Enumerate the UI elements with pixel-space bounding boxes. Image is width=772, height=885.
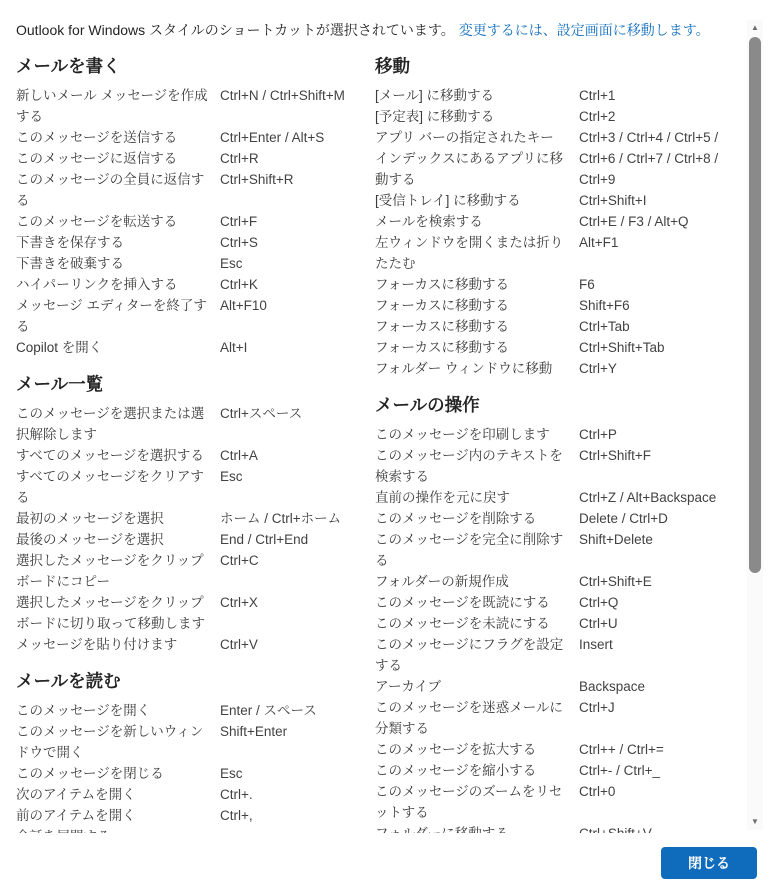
shortcut-row: このメッセージを印刷しますCtrl+P: [375, 424, 751, 445]
shortcut-row: すべてのメッセージを選択するCtrl+A: [16, 445, 365, 466]
shortcut-row: 最後のメッセージを選択End / Ctrl+End: [16, 529, 365, 550]
shortcuts-column-right: 移動[メール] に移動するCtrl+1[予定表] に移動するCtrl+2アプリ …: [375, 40, 751, 833]
shortcut-row: メッセージを貼り付けますCtrl+V: [16, 634, 365, 655]
shortcut-row: フォーカスに移動するShift+F6: [375, 295, 751, 316]
shortcut-keys: Shift+Enter: [220, 721, 365, 742]
shortcut-row: すべてのメッセージをクリアするEsc: [16, 466, 365, 508]
shortcut-description: すべてのメッセージをクリアする: [16, 466, 220, 508]
shortcut-keys: Ctrl+Enter / Alt+S: [220, 127, 365, 148]
section-title: メール一覧: [16, 372, 365, 396]
shortcut-description: このメッセージを縮小する: [375, 760, 579, 781]
shortcut-keys: Ctrl+U: [579, 613, 751, 634]
shortcut-row: このメッセージを選択または選択解除しますCtrl+スペース: [16, 403, 365, 445]
shortcut-keys: Ctrl++ / Ctrl+=: [579, 739, 751, 760]
shortcut-row: 次のアイテムを開くCtrl+.: [16, 784, 365, 805]
shortcut-row: このメッセージを開くEnter / スペース: [16, 700, 365, 721]
shortcut-row: このメッセージのズームをリセットするCtrl+0: [375, 781, 751, 823]
shortcut-keys: Ctrl+Shift+I: [579, 190, 751, 211]
shortcut-keys: Alt+F1: [579, 232, 751, 253]
shortcut-keys: F6: [579, 274, 751, 295]
shortcut-description: すべてのメッセージを選択する: [16, 445, 220, 466]
shortcut-keys: Ctrl+Shift+Tab: [579, 337, 751, 358]
shortcuts-scroll-area: Outlook for Windows スタイルのショートカットが選択されていま…: [0, 0, 772, 833]
shortcut-description: このメッセージを閉じる: [16, 763, 220, 784]
shortcut-keys: Ctrl+R: [220, 148, 365, 169]
shortcut-row: フォーカスに移動するCtrl+Tab: [375, 316, 751, 337]
shortcut-description: このメッセージを既読にする: [375, 592, 579, 613]
shortcut-row: アプリ バーの指定されたキー インデックスにあるアプリに移動するCtrl+3 /…: [375, 127, 751, 190]
shortcut-description: 直前の操作を元に戻す: [375, 487, 579, 508]
shortcut-keys: Backspace: [579, 676, 751, 697]
shortcut-row: 下書きを保存するCtrl+S: [16, 232, 365, 253]
shortcut-description: フォーカスに移動する: [375, 316, 579, 337]
shortcut-description: フォルダーの新規作成: [375, 571, 579, 592]
shortcut-description: [受信トレイ] に移動する: [375, 190, 579, 211]
shortcut-row: 前のアイテムを開くCtrl+,: [16, 805, 365, 826]
shortcut-keys: Ctrl+C: [220, 550, 365, 571]
shortcut-description: 会話を展開する: [16, 826, 220, 833]
shortcut-columns: メールを書く新しいメール メッセージを作成するCtrl+N / Ctrl+Shi…: [16, 40, 772, 833]
shortcut-description: ハイパーリンクを挿入する: [16, 274, 220, 295]
shortcut-row: 最初のメッセージを選択ホーム / Ctrl+ホーム: [16, 508, 365, 529]
shortcut-description: [予定表] に移動する: [375, 106, 579, 127]
shortcut-keys: →: [220, 826, 365, 833]
shortcut-row: アーカイブBackspace: [375, 676, 751, 697]
shortcut-row: フォルダー ウィンドウに移動Ctrl+Y: [375, 358, 751, 379]
shortcut-keys: Ctrl+- / Ctrl+_: [579, 760, 751, 781]
shortcut-keys: Insert: [579, 634, 751, 655]
shortcut-row: このメッセージ内のテキストを検索するCtrl+Shift+F: [375, 445, 751, 487]
shortcut-keys: Ctrl+1: [579, 85, 751, 106]
shortcut-description: 下書きを保存する: [16, 232, 220, 253]
shortcut-keys: ホーム / Ctrl+ホーム: [220, 508, 365, 529]
shortcut-keys: Delete / Ctrl+D: [579, 508, 751, 529]
shortcut-description: このメッセージ内のテキストを検索する: [375, 445, 579, 487]
shortcut-keys: Ctrl+A: [220, 445, 365, 466]
shortcut-row: メールを検索するCtrl+E / F3 / Alt+Q: [375, 211, 751, 232]
shortcut-row: メッセージ エディターを終了するAlt+F10: [16, 295, 365, 337]
shortcut-description: アーカイブ: [375, 676, 579, 697]
shortcut-description: このメッセージを送信する: [16, 127, 220, 148]
shortcut-description: このメッセージを新しいウィンドウで開く: [16, 721, 220, 763]
shortcut-description: このメッセージの全員に返信する: [16, 169, 220, 211]
shortcut-description: このメッセージを未読にする: [375, 613, 579, 634]
shortcut-row: 選択したメッセージをクリップボードに切り取って移動しますCtrl+X: [16, 592, 365, 634]
shortcut-keys: Ctrl+2: [579, 106, 751, 127]
shortcut-row: このメッセージを迷惑メールに分類するCtrl+J: [375, 697, 751, 739]
shortcut-keys: Ctrl+F: [220, 211, 365, 232]
shortcut-row: [メール] に移動するCtrl+1: [375, 85, 751, 106]
shortcut-keys: Ctrl+0: [579, 781, 751, 802]
shortcut-description: フォルダーに移動する: [375, 823, 579, 833]
shortcut-description: このメッセージを完全に削除する: [375, 529, 579, 571]
shortcut-row: このメッセージを転送するCtrl+F: [16, 211, 365, 232]
shortcut-keys: End / Ctrl+End: [220, 529, 365, 550]
shortcut-keys: Ctrl+Shift+E: [579, 571, 751, 592]
shortcut-keys: Alt+F10: [220, 295, 365, 316]
shortcut-description: メールを検索する: [375, 211, 579, 232]
shortcut-row: 下書きを破棄するEsc: [16, 253, 365, 274]
shortcut-row: このメッセージを完全に削除するShift+Delete: [375, 529, 751, 571]
shortcut-description: このメッセージを転送する: [16, 211, 220, 232]
shortcut-keys: Ctrl+Y: [579, 358, 751, 379]
scroll-thumb[interactable]: [749, 37, 761, 573]
shortcut-style-banner: Outlook for Windows スタイルのショートカットが選択されていま…: [16, 21, 772, 40]
shortcut-row: このメッセージを未読にするCtrl+U: [375, 613, 751, 634]
shortcut-description: アプリ バーの指定されたキー インデックスにあるアプリに移動する: [375, 127, 579, 190]
shortcut-row: このメッセージを縮小するCtrl+- / Ctrl+_: [375, 760, 751, 781]
shortcut-row: このメッセージの全員に返信するCtrl+Shift+R: [16, 169, 365, 211]
shortcut-keys: Ctrl+K: [220, 274, 365, 295]
shortcut-keys: Shift+Delete: [579, 529, 751, 550]
shortcut-row: Copilot を開くAlt+I: [16, 337, 365, 358]
shortcut-description: 次のアイテムを開く: [16, 784, 220, 805]
shortcut-description: 新しいメール メッセージを作成する: [16, 85, 220, 127]
shortcut-row: このメッセージを削除するDelete / Ctrl+D: [375, 508, 751, 529]
shortcut-keys: Esc: [220, 763, 365, 784]
shortcut-description: このメッセージに返信する: [16, 148, 220, 169]
shortcut-row: フォーカスに移動するF6: [375, 274, 751, 295]
keyboard-shortcuts-dialog: Outlook for Windows スタイルのショートカットが選択されていま…: [0, 0, 772, 885]
shortcut-row: フォルダーの新規作成Ctrl+Shift+E: [375, 571, 751, 592]
shortcut-row: [予定表] に移動するCtrl+2: [375, 106, 751, 127]
shortcut-description: このメッセージを印刷します: [375, 424, 579, 445]
shortcut-description: 最後のメッセージを選択: [16, 529, 220, 550]
shortcut-row: このメッセージに返信するCtrl+R: [16, 148, 365, 169]
shortcut-description: 左ウィンドウを開くまたは折りたたむ: [375, 232, 579, 274]
shortcut-row: 直前の操作を元に戻すCtrl+Z / Alt+Backspace: [375, 487, 751, 508]
shortcuts-column-left: メールを書く新しいメール メッセージを作成するCtrl+N / Ctrl+Shi…: [16, 40, 365, 833]
dialog-footer: 閉じる: [0, 833, 772, 885]
shortcut-style-status-text: Outlook for Windows スタイルのショートカットが選択されていま…: [16, 22, 455, 38]
shortcut-description: 最初のメッセージを選択: [16, 508, 220, 529]
shortcut-keys: Ctrl+Q: [579, 592, 751, 613]
shortcut-description: メッセージ エディターを終了する: [16, 295, 220, 337]
shortcut-keys: Ctrl+V: [220, 634, 365, 655]
shortcut-description: このメッセージにフラグを設定する: [375, 634, 579, 676]
scroll-up-icon[interactable]: ▲: [747, 20, 763, 36]
shortcut-keys: Ctrl+E / F3 / Alt+Q: [579, 211, 751, 232]
shortcut-keys: Alt+I: [220, 337, 365, 358]
shortcut-row: フォーカスに移動するCtrl+Shift+Tab: [375, 337, 751, 358]
shortcut-keys: Ctrl+X: [220, 592, 365, 613]
shortcut-description: フォーカスに移動する: [375, 337, 579, 358]
shortcut-description: Copilot を開く: [16, 337, 220, 358]
shortcut-row: このメッセージを拡大するCtrl++ / Ctrl+=: [375, 739, 751, 760]
shortcut-keys: Ctrl+Tab: [579, 316, 751, 337]
shortcut-keys: Esc: [220, 253, 365, 274]
shortcut-description: [メール] に移動する: [375, 85, 579, 106]
section-title: 移動: [375, 54, 751, 78]
shortcut-keys: Enter / スペース: [220, 700, 365, 721]
shortcut-row: このメッセージを送信するCtrl+Enter / Alt+S: [16, 127, 365, 148]
shortcut-keys: Shift+F6: [579, 295, 751, 316]
shortcut-keys: Ctrl+S: [220, 232, 365, 253]
shortcut-row: 新しいメール メッセージを作成するCtrl+N / Ctrl+Shift+M: [16, 85, 365, 127]
shortcut-keys: Ctrl+3 / Ctrl+4 / Ctrl+5 / Ctrl+6 / Ctrl…: [579, 127, 751, 190]
shortcut-row: フォルダーに移動するCtrl+Shift+V: [375, 823, 751, 833]
shortcut-description: このメッセージを迷惑メールに分類する: [375, 697, 579, 739]
shortcut-row: [受信トレイ] に移動するCtrl+Shift+I: [375, 190, 751, 211]
shortcut-description: このメッセージを拡大する: [375, 739, 579, 760]
shortcut-description: フォーカスに移動する: [375, 295, 579, 316]
shortcut-row: 会話を展開する→: [16, 826, 365, 833]
shortcut-keys: Ctrl+N / Ctrl+Shift+M: [220, 85, 365, 106]
shortcut-row: このメッセージを閉じるEsc: [16, 763, 365, 784]
shortcut-keys: Ctrl+.: [220, 784, 365, 805]
shortcut-keys: Ctrl+スペース: [220, 403, 365, 424]
scrollbar[interactable]: ▲ ▼: [747, 20, 763, 830]
shortcut-description: フォーカスに移動する: [375, 274, 579, 295]
scroll-down-icon[interactable]: ▼: [747, 814, 763, 830]
shortcut-description: このメッセージを選択または選択解除します: [16, 403, 220, 445]
shortcut-description: このメッセージを開く: [16, 700, 220, 721]
shortcut-keys: Ctrl+Shift+F: [579, 445, 751, 466]
shortcut-keys: Ctrl+J: [579, 697, 751, 718]
shortcut-row: 選択したメッセージをクリップボードにコピーCtrl+C: [16, 550, 365, 592]
shortcut-description: 選択したメッセージをクリップボードに切り取って移動します: [16, 592, 220, 634]
shortcut-description: 下書きを破棄する: [16, 253, 220, 274]
shortcut-description: このメッセージのズームをリセットする: [375, 781, 579, 823]
shortcut-description: メッセージを貼り付けます: [16, 634, 220, 655]
close-button[interactable]: 閉じる: [661, 847, 757, 879]
shortcut-description: 選択したメッセージをクリップボードにコピー: [16, 550, 220, 592]
shortcut-description: フォルダー ウィンドウに移動: [375, 358, 579, 379]
shortcut-keys: Ctrl+Shift+V: [579, 823, 751, 833]
shortcut-keys: Ctrl+P: [579, 424, 751, 445]
go-to-settings-link[interactable]: 変更するには、設定画面に移動します。: [459, 22, 710, 38]
shortcut-keys: Esc: [220, 466, 365, 487]
shortcut-keys: Ctrl+Shift+R: [220, 169, 365, 190]
section-title: メールの操作: [375, 393, 751, 417]
shortcut-row: このメッセージを新しいウィンドウで開くShift+Enter: [16, 721, 365, 763]
shortcut-keys: Ctrl+,: [220, 805, 365, 826]
shortcut-description: このメッセージを削除する: [375, 508, 579, 529]
section-title: メールを書く: [16, 54, 365, 78]
shortcut-description: 前のアイテムを開く: [16, 805, 220, 826]
shortcut-row: 左ウィンドウを開くまたは折りたたむAlt+F1: [375, 232, 751, 274]
shortcut-row: このメッセージを既読にするCtrl+Q: [375, 592, 751, 613]
shortcut-keys: Ctrl+Z / Alt+Backspace: [579, 487, 751, 508]
shortcut-row: このメッセージにフラグを設定するInsert: [375, 634, 751, 676]
section-title: メールを読む: [16, 669, 365, 693]
shortcut-row: ハイパーリンクを挿入するCtrl+K: [16, 274, 365, 295]
